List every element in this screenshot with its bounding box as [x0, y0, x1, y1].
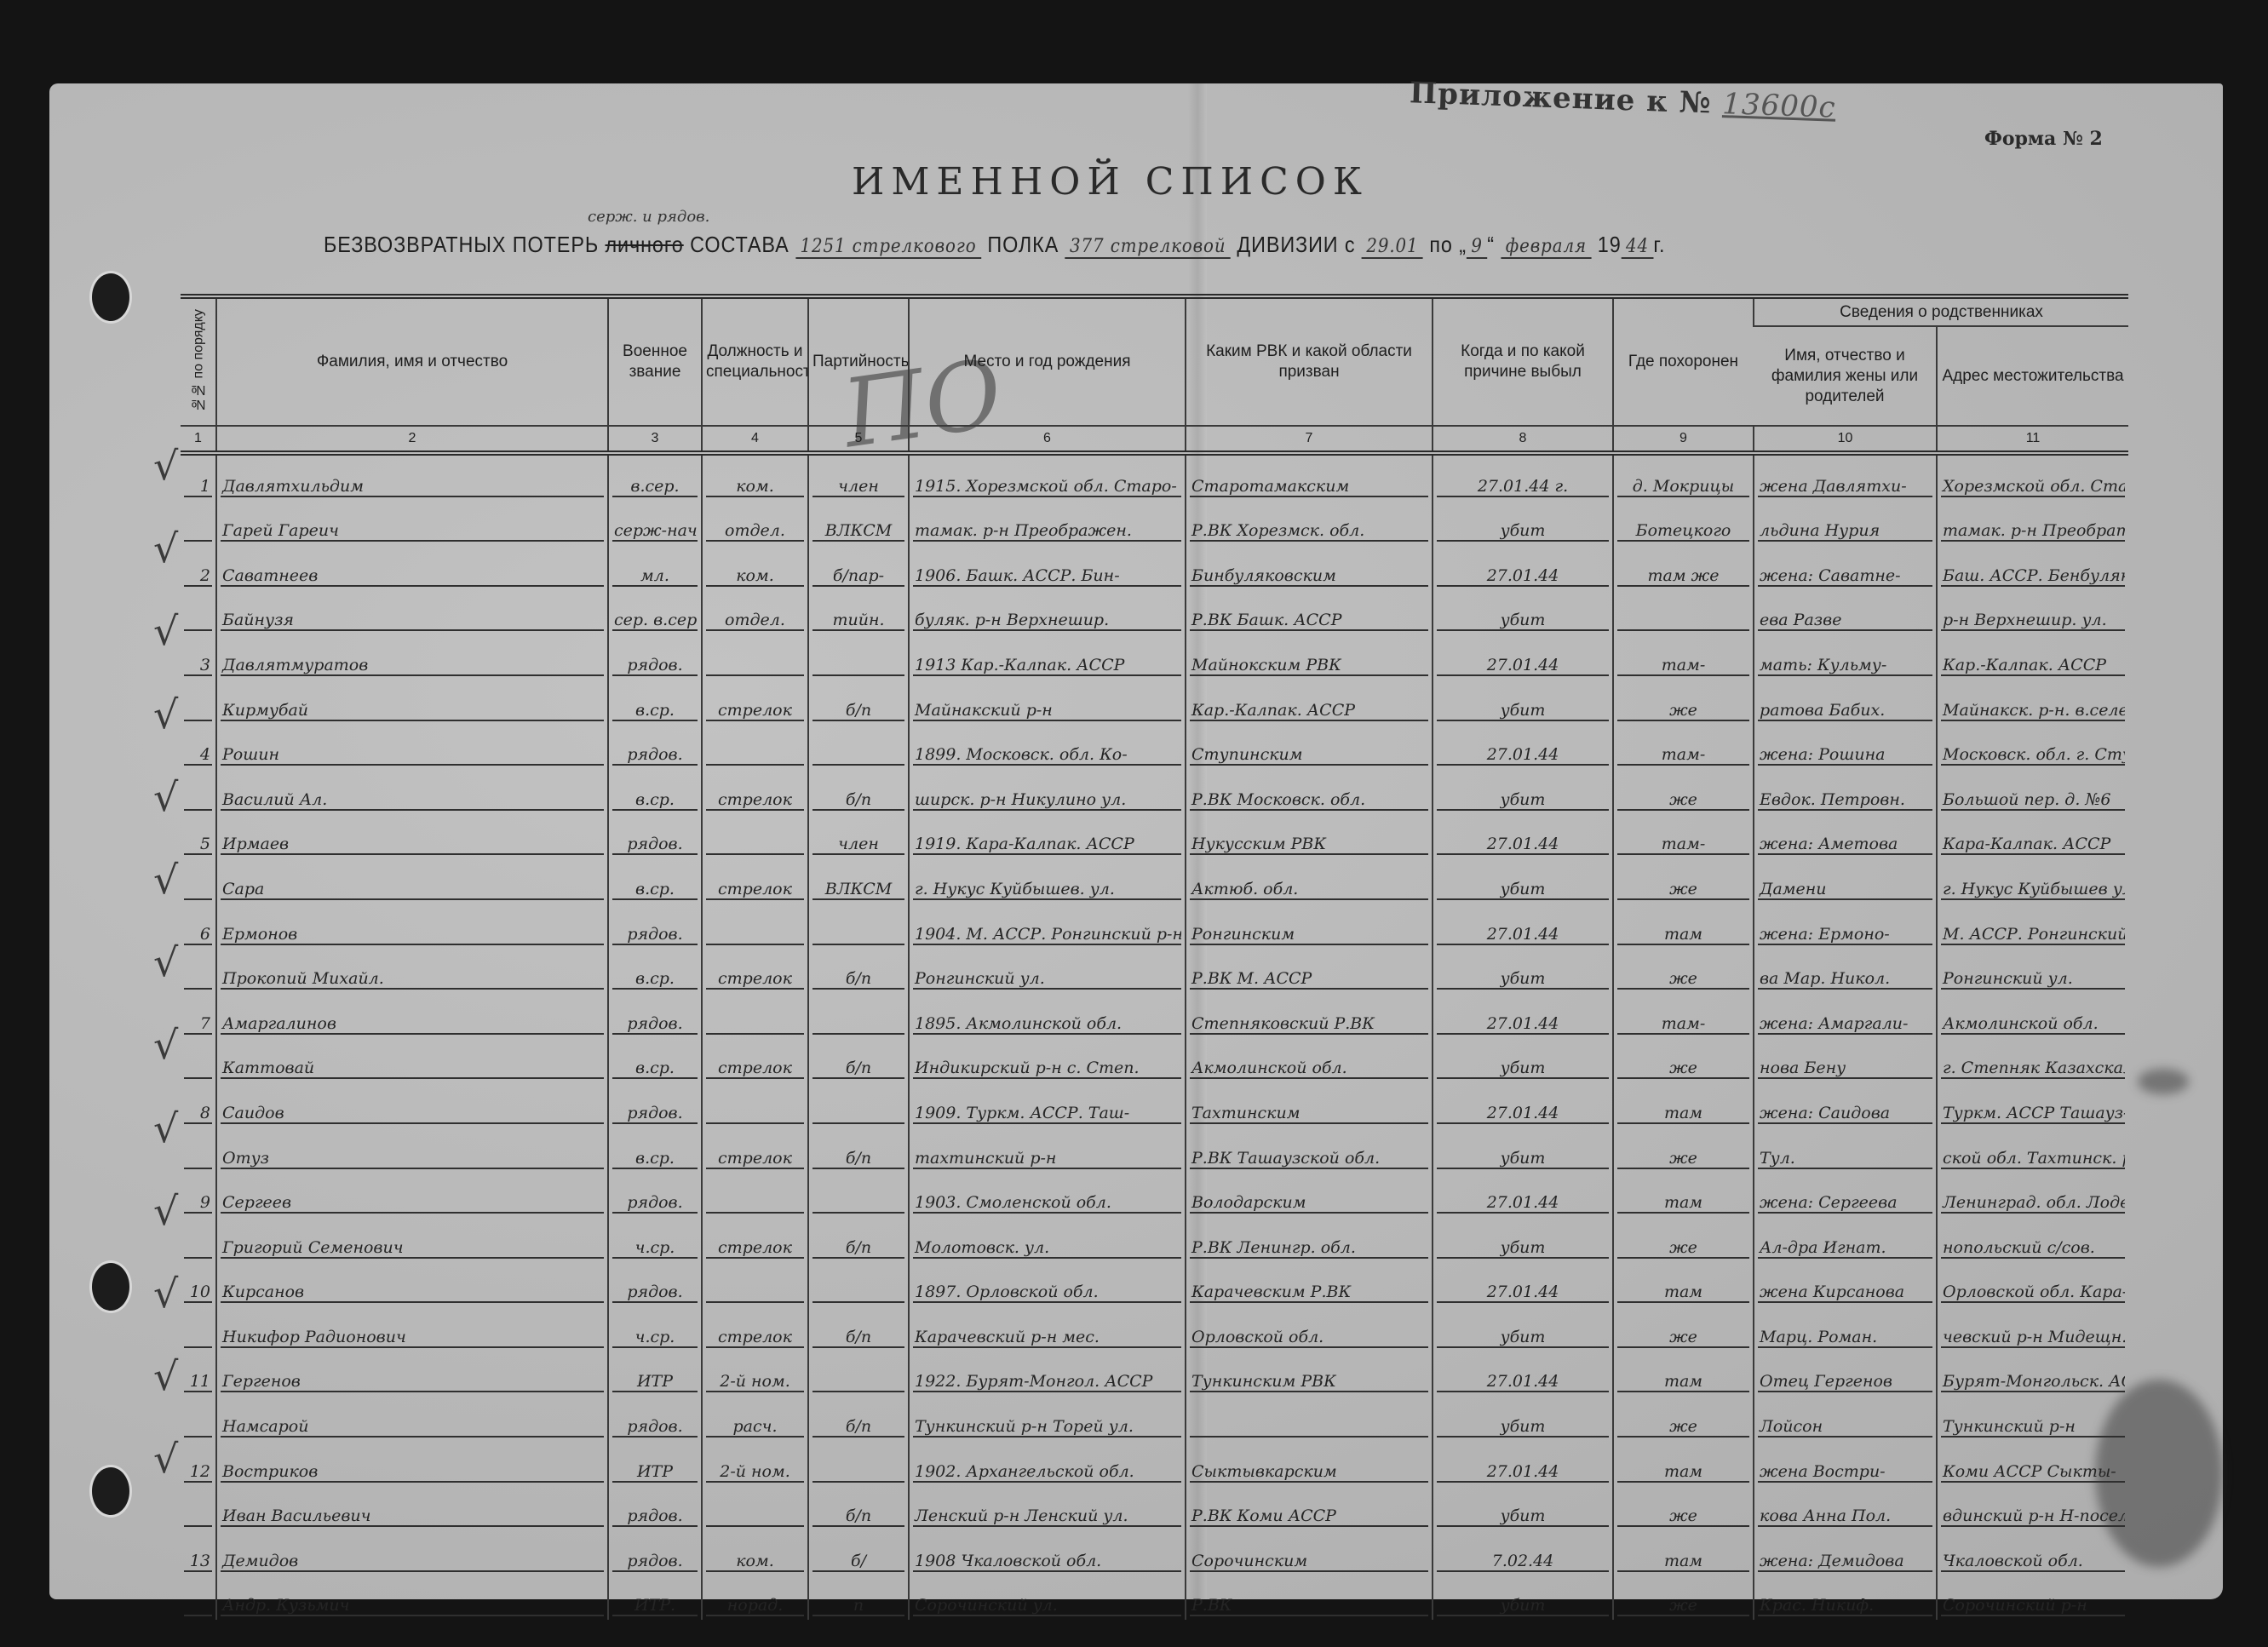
relative-name-value: Евдок. Петровн.: [1758, 790, 1932, 811]
cell-full-name: Востриков: [216, 1441, 608, 1486]
cell-birthplace: ширск. р-н Никулино ул.: [909, 769, 1186, 814]
cell-rank: рядов.: [608, 904, 702, 949]
cell-rank: рядов.: [608, 1173, 702, 1218]
relative-name-value: жена Давлятхи-: [1758, 477, 1932, 497]
party-value: б/п: [812, 790, 904, 811]
party-value: б/п: [812, 1149, 904, 1169]
number-value: [184, 1257, 212, 1259]
address-value: Туркм. АССР Ташауз-: [1941, 1104, 2125, 1124]
full-name-value: Григорий Семенович: [221, 1238, 604, 1259]
table-row: 6Ермоноврядов.1904. М. АССР. Ронгинский …: [181, 904, 2128, 949]
position-value: [706, 764, 804, 766]
number-value: 5: [184, 835, 212, 855]
cell-position: стрелок: [702, 1038, 808, 1083]
cell-party: б/: [808, 1530, 909, 1575]
address-value: тамак. р-н Преобрат. ул.: [1941, 521, 2125, 542]
cell-party: б/п: [808, 1486, 909, 1531]
cell-number: [181, 680, 216, 725]
relative-name-value: жена: Демидова: [1758, 1552, 1932, 1572]
checkmark-icon: √: [153, 857, 178, 903]
cell-draft-office: Р.ВК Хорезмск. обл.: [1186, 501, 1433, 546]
draft-office-value: Сыктывкарским: [1190, 1462, 1428, 1483]
punch-hole-icon: [89, 271, 132, 324]
cell-when-why: 27.01.44: [1433, 904, 1613, 949]
number-value: [184, 1168, 212, 1169]
cell-relative-name: Ал-дра Игнат.: [1754, 1217, 1937, 1262]
when-why-value: убит: [1437, 521, 1609, 542]
cell-number: [181, 1038, 216, 1083]
full-name-value: Ермонов: [221, 925, 604, 945]
cell-burial: там: [1613, 1173, 1754, 1218]
full-name-value: Саидов: [221, 1104, 604, 1124]
when-why-value: 27.01.44: [1437, 745, 1609, 766]
table-row: Намсаройрядов.расч.б/пТункинский р-н Тор…: [181, 1396, 2128, 1441]
cell-draft-office: Р.ВК Коми АССР: [1186, 1486, 1433, 1531]
col-num: 5: [808, 426, 909, 453]
full-name-value: Прокопий Михайл.: [221, 969, 604, 990]
cell-when-why: 27.01.44: [1433, 814, 1613, 859]
cell-burial: же: [1613, 1038, 1754, 1083]
relative-name-value: Крас. Никиф.: [1758, 1596, 1932, 1616]
cell-rank: ч.ср.: [608, 1306, 702, 1351]
cell-relative-name: жена Кирсанова: [1754, 1262, 1937, 1307]
cell-position: ком.: [702, 545, 808, 590]
cell-relative-name: жена: Аметова: [1754, 814, 1937, 859]
cell-rank: рядов.: [608, 1396, 702, 1441]
cell-rank: рядов.: [608, 993, 702, 1038]
cell-full-name: Давлятхильдим: [216, 453, 608, 501]
address-value: р-н Верхнешир. ул.: [1941, 611, 2125, 631]
relative-name-value: мать: Кульму-: [1758, 656, 1932, 676]
birthplace-value: 1904. М. АССР. Ронгинский р-н: [913, 925, 1181, 945]
cell-position: [702, 634, 808, 680]
table-row: Отузв.ср.стрелокб/птахтинский р-нР.ВК Та…: [181, 1128, 2128, 1173]
position-value: ком.: [706, 477, 804, 497]
cell-address: тамак. р-н Преобрат. ул.: [1937, 501, 2128, 546]
table-row: Каттовайв.ср.стрелокб/пИндикирский р-н с…: [181, 1038, 2128, 1083]
draft-office-value: Нукусским РВК: [1190, 835, 1428, 855]
checkmark-icon: √: [153, 608, 178, 654]
full-name-value: Иван Васильевич: [221, 1506, 604, 1527]
cell-address: Коми АССР Сыкты-: [1937, 1441, 2128, 1486]
cell-relative-name: льдина Нурия: [1754, 501, 1937, 546]
birthplace-value: Карачевский р-н мес.: [913, 1328, 1181, 1348]
rank-value: рядов.: [612, 1506, 698, 1527]
table-row: Василий Ал.в.ср.стрелокб/пширск. р-н Ник…: [181, 769, 2128, 814]
col-header-party: Партийность: [808, 296, 909, 426]
cell-address: Бурят-Монгольск. АССР: [1937, 1351, 2128, 1397]
cell-relative-name: жена: Саватне-: [1754, 545, 1937, 590]
cell-rank: ИТР.: [608, 1575, 702, 1621]
cell-position: 2-й ном.: [702, 1351, 808, 1397]
address-value: Тункинский р-н: [1941, 1417, 2125, 1438]
cell-relative-name: нова Бену: [1754, 1038, 1937, 1083]
col-num: 1: [181, 426, 216, 453]
address-value: Чкаловской обл.: [1941, 1552, 2125, 1572]
draft-office-value: Кар.-Калпак. АССР: [1190, 701, 1428, 721]
draft-office-value: [1190, 1436, 1428, 1438]
subtitle-text: ПОЛКА: [987, 232, 1059, 257]
cell-full-name: Амаргалинов: [216, 993, 608, 1038]
party-value: б/п: [812, 1238, 904, 1259]
full-name-value: Байнузя: [221, 611, 604, 631]
cell-draft-office: Р.ВК Ташаузской обл.: [1186, 1128, 1433, 1173]
col-num: 7: [1186, 426, 1433, 453]
draft-office-value: Ронгинским: [1190, 925, 1428, 945]
party-value: ВЛКСМ: [812, 880, 904, 900]
address-value: Майнакск. р-н. в.селе: [1941, 701, 2125, 721]
cell-full-name: Григорий Семенович: [216, 1217, 608, 1262]
birthplace-value: 1897. Орловской обл.: [913, 1283, 1181, 1303]
checkmark-icon: √: [153, 1353, 178, 1399]
rank-value: в.ср.: [612, 1149, 698, 1169]
draft-office-value: Р.ВК М. АССР: [1190, 969, 1428, 990]
cell-rank: рядов.: [608, 1530, 702, 1575]
burial-value: там же: [1617, 566, 1749, 587]
birthplace-value: 1903. Смоленской обл.: [913, 1193, 1181, 1214]
position-value: отдел.: [706, 611, 804, 631]
cell-number: 5: [181, 814, 216, 859]
cell-position: ком.: [702, 1530, 808, 1575]
cell-burial: там-: [1613, 814, 1754, 859]
number-value: [184, 1346, 212, 1348]
cell-rank: рядов.: [608, 1262, 702, 1307]
cell-party: б/п: [808, 1306, 909, 1351]
position-value: стрелок: [706, 790, 804, 811]
when-why-value: 27.01.44: [1437, 1193, 1609, 1214]
party-value: [812, 674, 904, 676]
address-value: ской обл. Тахтинск. р-н: [1941, 1149, 2125, 1169]
rank-value: в.ср.: [612, 1059, 698, 1079]
table-row: Никифор Радионовичч.ср.стрелокб/пКарачев…: [181, 1306, 2128, 1351]
checkmark-icon: √: [153, 1105, 178, 1151]
cell-number: [181, 1306, 216, 1351]
cell-when-why: убит: [1433, 858, 1613, 904]
draft-office-value: Орловской обл.: [1190, 1328, 1428, 1348]
cell-draft-office: Бинбуляковским: [1186, 545, 1433, 590]
birthplace-value: Тункинский р-н Торей ул.: [913, 1417, 1181, 1438]
cell-address: г. Нукус Куйбышев ул.: [1937, 858, 2128, 904]
cell-full-name: Байнузя: [216, 590, 608, 635]
party-value: член: [812, 835, 904, 855]
party-value: б/п: [812, 969, 904, 990]
draft-office-value: Майнокским РВК: [1190, 656, 1428, 676]
birthplace-value: Майнакский р-н: [913, 701, 1181, 721]
cell-draft-office: Актюб. обл.: [1186, 858, 1433, 904]
cell-rank: в.ср.: [608, 1128, 702, 1173]
cell-party: [808, 1173, 909, 1218]
full-name-value: Василий Ал.: [221, 790, 604, 811]
when-why-value: убит: [1437, 1417, 1609, 1438]
burial-value: там-: [1617, 1014, 1749, 1035]
cell-relative-name: ратова Бабих.: [1754, 680, 1937, 725]
cell-when-why: убит: [1433, 1396, 1613, 1441]
cell-burial: д. Мокрицы: [1613, 453, 1754, 501]
col-header-number: №№ по порядку: [181, 296, 216, 426]
document-title: ИМЕННОЙ СПИСОК: [852, 160, 1369, 204]
when-why-value: убит: [1437, 790, 1609, 811]
rank-value: рядов.: [612, 1283, 698, 1303]
burial-value: же: [1617, 1328, 1749, 1348]
checkmark-icon: √: [153, 1188, 178, 1234]
cell-position: [702, 1082, 808, 1128]
cell-relative-name: Евдок. Петровн.: [1754, 769, 1937, 814]
address-value: Бурят-Монгольск. АССР: [1941, 1372, 2125, 1392]
position-value: стрелок: [706, 969, 804, 990]
cell-full-name: Намсарой: [216, 1396, 608, 1441]
relative-name-value: кова Анна Пол.: [1758, 1506, 1932, 1527]
cell-address: Баш. АССР. Бенбуляковский: [1937, 545, 2128, 590]
position-value: [706, 1212, 804, 1214]
rank-value: в.ср.: [612, 790, 698, 811]
cell-birthplace: тахтинский р-н: [909, 1128, 1186, 1173]
cell-birthplace: 1903. Смоленской обл.: [909, 1173, 1186, 1218]
party-value: член: [812, 477, 904, 497]
year-suffix: г.: [1653, 232, 1665, 257]
checkmark-icon: √: [153, 774, 178, 820]
full-name-value: Саватнеев: [221, 566, 604, 587]
position-value: [706, 1033, 804, 1035]
relative-name-value: нова Бену: [1758, 1059, 1932, 1079]
rank-value: серж-нач.: [612, 521, 698, 542]
when-why-value: 27.01.44: [1437, 1104, 1609, 1124]
cell-position: [702, 904, 808, 949]
cell-when-why: 7.02.44: [1433, 1530, 1613, 1575]
table-row: Иван Васильевичрядов.б/пЛенский р-н Ленс…: [181, 1486, 2128, 1531]
cell-full-name: Кирмубай: [216, 680, 608, 725]
party-value: [812, 944, 904, 945]
relative-name-value: жена: Саватне-: [1758, 566, 1932, 587]
cell-draft-office: Сорочинским: [1186, 1530, 1433, 1575]
cell-relative-name: мать: Кульму-: [1754, 634, 1937, 680]
relative-name-value: ва Мар. Никол.: [1758, 969, 1932, 990]
cell-relative-name: ва Мар. Никол.: [1754, 949, 1937, 994]
cell-burial: же: [1613, 1128, 1754, 1173]
rank-value: в.ср.: [612, 880, 698, 900]
cell-burial: там-: [1613, 725, 1754, 770]
cell-address: Московск. обл. г. Ступино: [1937, 725, 2128, 770]
address-value: вдинский р-н Н-поселок 35: [1941, 1506, 2125, 1527]
cell-position: отдел.: [702, 590, 808, 635]
cell-draft-office: Степняковский Р.ВК: [1186, 993, 1433, 1038]
cell-burial: Ботецкого: [1613, 501, 1754, 546]
checkmark-icon: √: [153, 692, 178, 737]
table-row: 2Саватнеевмл.ком.б/пар-1906. Башк. АССР.…: [181, 545, 2128, 590]
number-value: 8: [184, 1104, 212, 1124]
cell-party: б/п: [808, 680, 909, 725]
rank-value: ч.ср.: [612, 1238, 698, 1259]
birthplace-value: 1909. Туркм. АССР. Таш-: [913, 1104, 1181, 1124]
cell-when-why: убит: [1433, 1575, 1613, 1621]
number-value: 1: [184, 477, 212, 497]
burial-value: же: [1617, 1238, 1749, 1259]
burial-value: там: [1617, 1462, 1749, 1483]
draft-office-value: Степняковский Р.ВК: [1190, 1014, 1428, 1035]
cell-address: чевский р-н Мидещн. ул.: [1937, 1306, 2128, 1351]
when-why-value: 27.01.44: [1437, 656, 1609, 676]
birthplace-value: 1902. Архангельской обл.: [913, 1462, 1181, 1483]
cell-relative-name: Дамени: [1754, 858, 1937, 904]
cell-when-why: убит: [1433, 590, 1613, 635]
position-value: ком.: [706, 1552, 804, 1572]
draft-office-value: Р.ВК Ленингр. обл.: [1190, 1238, 1428, 1259]
cell-when-why: 27.01.44: [1433, 725, 1613, 770]
cell-number: [181, 1486, 216, 1531]
full-name-value: Кирсанов: [221, 1283, 604, 1303]
full-name-value: Каттовай: [221, 1059, 604, 1079]
address-value: Коми АССР Сыкты-: [1941, 1462, 2125, 1483]
cell-number: 12: [181, 1441, 216, 1486]
cell-birthplace: 1895. Акмолинской обл.: [909, 993, 1186, 1038]
cell-draft-office: Старотамакским: [1186, 453, 1433, 501]
cell-when-why: убит: [1433, 680, 1613, 725]
cell-birthplace: 1899. Московск. обл. Ко-: [909, 725, 1186, 770]
rank-value: рядов.: [612, 925, 698, 945]
cell-address: Ленинград. обл. Лодей-: [1937, 1173, 2128, 1218]
draft-office-value: Р.ВК: [1190, 1596, 1428, 1616]
cell-when-why: убит: [1433, 949, 1613, 994]
cell-when-why: убит: [1433, 1306, 1613, 1351]
cell-full-name: Андр. Кузьмич: [216, 1575, 608, 1621]
cell-when-why: убит: [1433, 1038, 1613, 1083]
cell-full-name: Гарей Гареич: [216, 501, 608, 546]
cell-position: [702, 725, 808, 770]
number-value: 10: [184, 1283, 212, 1303]
col-header-rank: Военное звание: [608, 296, 702, 426]
cell-when-why: 27.01.44: [1433, 634, 1613, 680]
cell-rank: в.ср.: [608, 1038, 702, 1083]
draft-office-value: Р.ВК Коми АССР: [1190, 1506, 1428, 1527]
cell-position: стрелок: [702, 1217, 808, 1262]
cell-address: Майнакск. р-н. в.селе: [1937, 680, 2128, 725]
party-value: ВЛКСМ: [812, 521, 904, 542]
rank-value: в.ср.: [612, 701, 698, 721]
table-row: 3Давлятмуратоврядов.1913 Кар.-Калпак. АС…: [181, 634, 2128, 680]
number-value: 7: [184, 1014, 212, 1035]
cell-party: п: [808, 1575, 909, 1621]
rank-value: ИТР.: [612, 1596, 698, 1616]
date-from-field: 29.01: [1362, 236, 1423, 259]
number-value: [184, 720, 212, 721]
draft-office-value: Р.ВК Башк. АССР: [1190, 611, 1428, 631]
number-value: [184, 1436, 212, 1438]
cell-address: М. АССР. Ронгинский р-н: [1937, 904, 2128, 949]
party-value: б/п: [812, 1506, 904, 1527]
cell-number: [181, 1217, 216, 1262]
full-name-value: Гарей Гареич: [221, 521, 604, 542]
burial-value: там-: [1617, 656, 1749, 676]
draft-office-value: Володарским: [1190, 1193, 1428, 1214]
when-why-value: убит: [1437, 969, 1609, 990]
rank-value: ИТР: [612, 1372, 698, 1392]
cell-position: норад.: [702, 1575, 808, 1621]
burial-value: Ботецкого: [1617, 521, 1749, 542]
cell-birthplace: буляк. р-н Верхнешир.: [909, 590, 1186, 635]
table-row: Григорий Семеновичч.ср.стрелокб/пМолотов…: [181, 1217, 2128, 1262]
address-value: Большой пер. д. №6: [1941, 790, 2125, 811]
birthplace-value: 1913 Кар.-Калпак. АССР: [913, 656, 1181, 676]
cell-burial: же: [1613, 1306, 1754, 1351]
when-why-value: убит: [1437, 701, 1609, 721]
birthplace-value: Индикирский р-н с. Степ.: [913, 1059, 1181, 1079]
rank-value: рядов.: [612, 745, 698, 766]
checkmark-icon: √: [153, 939, 178, 985]
cell-birthplace: 1897. Орловской обл.: [909, 1262, 1186, 1307]
when-why-value: 27.01.44: [1437, 1283, 1609, 1303]
birthplace-value: 1906. Башк. АССР. Бин-: [913, 566, 1181, 587]
full-name-value: Намсарой: [221, 1417, 604, 1438]
cell-relative-name: Лойсон: [1754, 1396, 1937, 1441]
cell-birthplace: 1902. Архангельской обл.: [909, 1441, 1186, 1486]
cell-address: Кар.-Калпак. АССР: [1937, 634, 2128, 680]
cell-draft-office: Тункинским РВК: [1186, 1351, 1433, 1397]
cell-when-why: убит: [1433, 501, 1613, 546]
cell-burial: там: [1613, 1262, 1754, 1307]
cell-full-name: Никифор Радионович: [216, 1306, 608, 1351]
cell-full-name: Гергенов: [216, 1351, 608, 1397]
col-num: 6: [909, 426, 1186, 453]
cell-relative-name: жена: Саидова: [1754, 1082, 1937, 1128]
full-name-value: Кирмубай: [221, 701, 604, 721]
table-row: 11ГергеновИТР2-й ном.1922. Бурят-Монгол.…: [181, 1351, 2128, 1397]
division-field: 377 стрелковой: [1065, 236, 1231, 259]
cell-party: [808, 1262, 909, 1307]
cell-number: [181, 858, 216, 904]
ink-blot: [2138, 1069, 2189, 1094]
cell-position: стрелок: [702, 680, 808, 725]
address-value: Хорезмской обл. Старо-: [1941, 477, 2125, 497]
when-why-value: убит: [1437, 1596, 1609, 1616]
birthplace-value: Ленский р-н Ленский ул.: [913, 1506, 1181, 1527]
cell-draft-office: Акмолинской обл.: [1186, 1038, 1433, 1083]
col-header-burial: Где похоронен: [1613, 296, 1754, 426]
burial-value: там: [1617, 1372, 1749, 1392]
cell-position: ком.: [702, 453, 808, 501]
cell-full-name: Иван Васильевич: [216, 1486, 608, 1531]
cell-number: 7: [181, 993, 216, 1038]
rank-value: рядов.: [612, 835, 698, 855]
cell-position: стрелок: [702, 1128, 808, 1173]
cell-full-name: Давлятмуратов: [216, 634, 608, 680]
address-value: М. АССР. Ронгинский р-н: [1941, 925, 2125, 945]
subtitle-text: ДИВИЗИИ с: [1237, 232, 1355, 257]
cell-party: тийн.: [808, 590, 909, 635]
party-value: б/п: [812, 701, 904, 721]
cell-burial: же: [1613, 858, 1754, 904]
cell-birthplace: г. Нукус Куйбышев. ул.: [909, 858, 1186, 904]
relative-name-value: ева Разве: [1758, 611, 1932, 631]
col-header-address: Адрес местожительства: [1937, 326, 2128, 426]
when-why-value: убит: [1437, 1506, 1609, 1527]
relative-name-value: жена: Рошина: [1758, 745, 1932, 766]
relative-name-value: Дамени: [1758, 880, 1932, 900]
table-row: Сарав.ср.стрелокВЛКСМг. Нукус Куйбышев. …: [181, 858, 2128, 904]
rank-value: сер. в.сер.: [612, 611, 698, 631]
number-value: 13: [184, 1552, 212, 1572]
cell-when-why: убит: [1433, 769, 1613, 814]
col-num: 8: [1433, 426, 1613, 453]
cell-number: [181, 1575, 216, 1621]
subtitle-text: СОСТАВА: [690, 232, 789, 257]
checkmark-icon: √: [153, 1271, 178, 1317]
table-row: 9Сергееврядов.1903. Смоленской обл.Волод…: [181, 1173, 2128, 1218]
punch-hole-icon: [89, 1465, 132, 1518]
cell-full-name: Ирмаев: [216, 814, 608, 859]
cell-position: [702, 993, 808, 1038]
when-why-value: убит: [1437, 1149, 1609, 1169]
appendix-number: 13600с: [1722, 87, 1837, 125]
cell-full-name: Кирсанов: [216, 1262, 608, 1307]
